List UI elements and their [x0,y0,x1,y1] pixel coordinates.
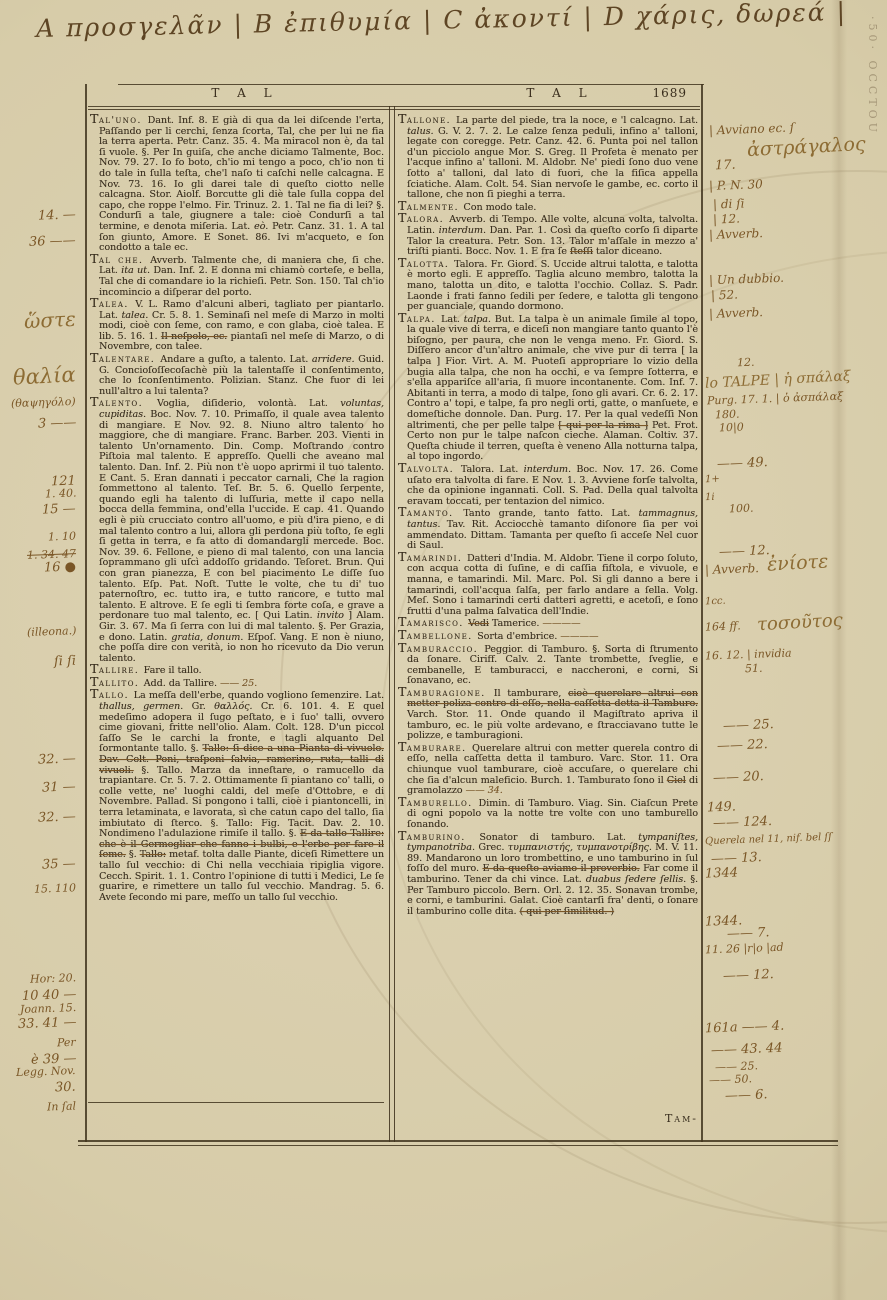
right-marginalia: | Avviano ec. ſἀστράγαλος17.| P. N. 30| … [703,0,887,1300]
margin-annotation: 17. [715,158,736,174]
entry-headword: Tamanto. [398,508,463,519]
margin-annotation: 16. 12. | invidia [705,646,792,662]
margin-annotation: —— 22. [717,737,768,754]
margin-annotation: (θαψηγόλο) [11,395,76,410]
entry-headword: Talento. [90,398,157,409]
entry-headword: Talora. [398,214,449,225]
margin-annotation: ἐνίοτε [766,550,828,575]
margin-annotation: —— 13. [711,850,762,867]
margin-annotation: 149. [707,799,736,815]
margin-annotation: | Avverb. [709,226,763,242]
rule-vertical-left [85,84,87,1142]
margin-annotation: | Un dubbio. [709,271,784,288]
entry-headword: Tamburaccio. [398,644,484,655]
rule-vertical-center [389,106,395,1142]
entry-headword: Talentare. [90,354,160,365]
dictionary-entry: Tamanto. Tanto grande, tanto fatto. Lat.… [398,507,698,551]
margin-annotation: Hor: 20. [30,971,77,986]
entry-headword: Tambellone. [398,631,477,642]
margin-annotation: 30. [55,1080,76,1096]
running-head: T A L T A L 1689 [85,86,703,106]
dictionary-entry: Tallone. La parte del piede, tra la noce… [398,114,698,201]
entry-headword: Talmente. [398,202,463,213]
margin-annotation: 16 ● [44,559,77,575]
dictionary-entry: Talvolta. Talora. Lat. interdum. Boc. No… [398,463,698,507]
entry-headword: Talvolta. [398,464,461,475]
dictionary-entry: Talentare. Andare a guſto, a talento. La… [90,353,384,397]
margin-annotation: | Avverb. [709,305,763,321]
left-marginalia: 14. —36 ——ὥστεθαλία(θαψηγόλο)3 ——1211. 4… [0,0,82,1300]
margin-annotation: | P. N. 30 [709,177,763,193]
margin-annotation: τοσοῦτος [757,610,844,635]
margin-annotation: 1. 40. [44,486,76,500]
margin-annotation: | Avviano ec. ſ [709,121,795,138]
margin-annotation: —— 6. [725,1087,768,1103]
dictionary-entry: Tamarindi. Datteri d'India. M. Aldobr. T… [398,552,698,618]
entry-headword: Talea. [90,299,135,310]
dictionary-entry: Talento. Voglia, diſiderio, volontà. Lat… [90,397,384,664]
margin-annotation: —— 12. [723,967,774,984]
margin-annotation: —— 49. [717,455,768,472]
margin-annotation: —— 50. [709,1072,752,1086]
dictionary-entry: Tamburello. Dimin. di Tamburo. Viag. Sin… [398,797,698,831]
margin-annotation: 15 — [42,501,76,517]
margin-annotation: 180. [715,408,740,422]
entry-headword: Tamarindi. [398,553,467,564]
scanned-page: A προσγελᾶν | B ἐπιθυμία | C ἀκοντί | D … [0,0,887,1300]
margin-annotation: —— 20. [713,769,764,786]
entry-headword: Tamburagione. [398,688,494,699]
dictionary-entry: Tallito. Add. da Tallire. —— 25. [90,677,384,690]
margin-annotation: | 12. [713,212,740,227]
entry-headword: Tallo. [90,690,134,701]
margin-annotation: —— 43. 44 [711,1041,783,1058]
margin-annotation: In ſal [47,1099,77,1113]
margin-annotation: 14. — [38,207,76,223]
dictionary-entry: Tamarisco. Vedi Tamerice. ———— [398,617,698,630]
margin-annotation: —— 12. [719,543,770,560]
margin-annotation: | 52. [711,288,738,303]
margin-annotation: 15. 110 [34,881,76,895]
dictionary-entry: Tamburino. Sonator di tamburo. Lat. tymp… [398,831,698,918]
margin-annotation: | di ſi [713,196,745,211]
dictionary-entry: Talotta. Talora. Fr. Giord. S. Uccide al… [398,258,698,313]
margin-annotation: —— 124. [713,814,773,831]
margin-annotation: 11. 26 |r|o |ad [705,941,784,957]
entry-headword: Tal'uno. [90,115,148,126]
margin-annotation: 36 —— [29,233,76,250]
left-column: Tal'uno. Dant. Inf. 8. E già di qua da l… [90,114,384,1136]
dictionary-entry: Tallire. Fare il tallo. [90,664,384,677]
margin-annotation: —— 7. [727,925,770,941]
margin-annotation: Querela nel 11, nif. bel ſſ [705,832,832,847]
dictionary-entry: Talmente. Con modo tale. [398,201,698,214]
entry-headword: Tamburare. [398,743,472,754]
margin-annotation: (illeona.) [26,624,76,639]
running-title-left: T A L [145,86,345,100]
margin-annotation: 1+ [705,474,720,486]
margin-annotation: —— 25. [723,717,774,734]
margin-annotation: 1. 10 [48,530,76,544]
margin-annotation: ἀστράγαλος [747,133,867,161]
dictionary-entry: Tamburare. Querelare altrui con metter q… [398,742,698,797]
dictionary-entry: Talpa. Lat. talpa. But. La talpa è un an… [398,313,698,463]
margin-annotation: 1cc. [705,596,726,608]
dictionary-entry: Tallo. La meſſa dell'erbe, quando voglio… [90,689,384,903]
dictionary-entry: Tamburagione. Il tamburare, cioè querela… [398,687,698,742]
dictionary-entry: Tambellone. Sorta d'embrice. ———— [398,630,698,643]
margin-annotation: 3 —— [37,415,76,431]
margin-annotation: Legg. Nov. [16,1064,76,1079]
margin-annotation: 32. — [38,809,76,825]
catchword: Tam- [558,1112,698,1125]
handwritten-top-annotation: A προσγελᾶν | B ἐπιθυμία | C ἀκοντί | D … [36,0,806,43]
margin-annotation: 10|0 [719,421,744,435]
margin-annotation: 32. — [38,751,76,767]
dictionary-entry: Talora. Avverb. di Tempo. Alle volte, al… [398,213,698,257]
margin-annotation: 33. 41 — [17,1015,76,1032]
margin-annotation: 100. [729,502,754,516]
entry-headword: Tamarisco. [398,618,468,629]
margin-annotation: 164 ff. [705,619,741,633]
dictionary-entry: Tal che. Avverb. Talmente che, di manier… [90,254,384,298]
margin-annotation: Per [57,1036,76,1050]
margin-annotation: θαλία [13,362,77,389]
entry-headword: Tamburino. [398,832,479,843]
margin-annotation: 51. [745,662,763,676]
margin-annotation: 31 — [42,779,76,795]
margin-annotation: 1i [705,492,715,503]
running-title-right: T A L [465,86,655,100]
dictionary-entry: Tamburaccio. Peggior. di Tamburo. §. Sor… [398,643,698,687]
right-column: Tallone. La parte del piede, tra la noce… [398,114,698,1120]
margin-annotation: 12. [737,356,755,370]
margin-annotation: 35 — [42,856,76,872]
entry-headword: Tamburello. [398,798,478,809]
margin-annotation: | Avverb. [705,561,759,577]
margin-annotation: Purg. 17. 1. | ὁ ἀσπάλαξ [707,390,844,408]
margin-annotation: Joann. 15. [20,1001,77,1016]
dictionary-entry: Talea. V. L. Ramo d'alcuni alberi, tagli… [90,298,384,353]
margin-annotation: ὥστε [24,307,77,334]
page-number: 1689 [652,86,687,100]
dictionary-entry: Tal'uno. Dant. Inf. 8. E già di qua da l… [90,114,384,254]
margin-annotation: 1344 [705,865,739,881]
entry-headword: Tallone. [398,115,456,126]
margin-annotation: lo TALPE | ἡ σπάλαξ [705,368,851,392]
margin-annotation: ſi ſi [54,654,77,670]
margin-annotation: 161a —— 4. [705,1019,785,1037]
